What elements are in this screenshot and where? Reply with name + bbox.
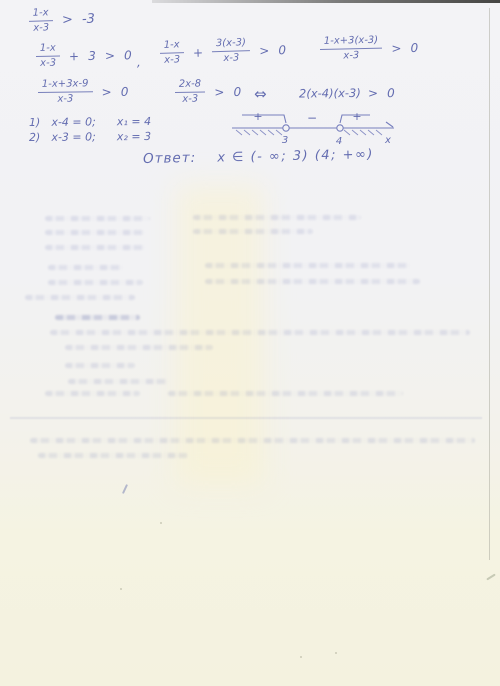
fraction-numerator: 3(x-3): [212, 38, 250, 52]
bleed-through-mark: [68, 379, 168, 384]
rhs-value: 0: [410, 40, 418, 54]
relation-sign: >: [368, 86, 378, 100]
math-step-expand: 1-x+3x-9 x-3 > 0: [36, 79, 131, 105]
sign-plus-right: +: [352, 110, 361, 123]
bleed-through-mark: [45, 230, 145, 235]
bleed-through-mark: [30, 438, 475, 443]
sign-plus-left: +: [253, 110, 262, 123]
bleed-through-mark: [25, 295, 135, 300]
paper-speck: [120, 588, 122, 590]
bleed-through-mark: [65, 363, 135, 368]
sign-minus-middle: −: [307, 111, 317, 125]
math-step-combined: 1-x+3(x-3) x-3 > 0: [318, 35, 421, 62]
rhs-value: -3: [82, 12, 95, 27]
open-point-3: [283, 125, 289, 131]
bleed-through-mark: [193, 215, 361, 220]
bleed-through-mark: [48, 280, 143, 285]
fraction-numerator: 1-x: [36, 44, 60, 57]
fraction-numerator: 1-x: [29, 8, 53, 22]
fraction: 1-x x-3: [160, 40, 185, 66]
fraction: 1-x x-3: [36, 44, 60, 69]
bleed-through-mark: [50, 330, 470, 335]
scanned-notebook-page: 1-x x-3 > -3 1-x x-3 + 3 > 0 , 1-x x-3 +…: [0, 0, 500, 686]
relation-sign: >: [105, 48, 115, 62]
fraction-numerator: 1-x: [160, 40, 184, 54]
bleed-through-mark: [45, 216, 150, 221]
answer-label: Ответ:: [143, 150, 196, 167]
paper-speck: [300, 656, 302, 658]
root-equation: x-3 = 0;: [51, 130, 96, 143]
bleed-through-mark: [38, 453, 188, 458]
bleed-through-mark: [193, 229, 313, 234]
math-step-add3: 1-x x-3 + 3 > 0 ,: [34, 42, 143, 69]
fraction-denominator: x-3: [160, 53, 184, 66]
sign-number-line: + − + 3 4 x: [228, 106, 400, 150]
fraction: 3(x-3) x-3: [212, 38, 251, 64]
root-item-2: 2) x-3 = 0; x₂ = 3: [29, 125, 151, 145]
rhs-value: 0: [278, 42, 286, 56]
bleed-through-line: [10, 417, 482, 419]
math-step-factored: 2(x-4)(x-3) > 0: [299, 82, 397, 102]
hatching-right: [344, 130, 382, 135]
fraction-denominator: x-3: [38, 92, 93, 105]
fraction: 1-x+3(x-3) x-3: [320, 36, 383, 62]
fraction-denominator: x-3: [320, 49, 383, 62]
bleed-through-mark: [168, 391, 403, 396]
relation-sign: >: [259, 43, 269, 57]
scan-top-edge: [152, 0, 500, 3]
double-arrow-icon: ⇔: [254, 85, 268, 103]
comma-mark: ,: [137, 55, 141, 69]
relation-sign: >: [391, 41, 401, 55]
fraction-numerator: 1-x+3(x-3): [320, 36, 383, 50]
axis-label-x: x: [384, 135, 391, 146]
root-solution: x₂ = 3: [117, 130, 151, 143]
math-step-problem: 1-x x-3 > -3: [27, 7, 98, 34]
factored-expression: 2(x-4)(x-3): [299, 86, 361, 101]
rhs-value: 0: [121, 84, 129, 98]
paper-speck: [160, 522, 162, 524]
open-point-4: [337, 125, 343, 131]
fraction-denominator: x-3: [175, 92, 205, 105]
pen-speck: [122, 484, 128, 494]
bleed-through-mark: [205, 279, 420, 284]
answer-line: Ответ: x ∈ (- ∞; 3) (4; +∞): [143, 143, 374, 167]
fraction: 1-x+3x-9 x-3: [38, 79, 93, 105]
relation-sign: >: [214, 85, 224, 99]
fraction-denominator: x-3: [29, 21, 53, 34]
rhs-value: 0: [387, 85, 395, 99]
fraction-numerator: 1-x+3x-9: [38, 79, 93, 93]
relation-sign: >: [102, 84, 112, 98]
paper-speck: [335, 652, 337, 654]
relation-sign: >: [62, 12, 73, 27]
answer-value: x ∈ (- ∞; 3) (4; +∞): [217, 147, 374, 165]
bleed-through-mark: [45, 391, 140, 396]
rhs-value: 0: [233, 84, 241, 98]
rhs-value: 0: [124, 48, 132, 62]
fraction-denominator: x-3: [36, 57, 60, 69]
bleed-through-mark: [45, 245, 145, 250]
math-step-common-denominator: 1-x x-3 + 3(x-3) x-3 > 0: [158, 37, 289, 66]
hatching-left: [236, 130, 282, 135]
pen-speck: [486, 574, 496, 581]
plus-sign: +: [69, 49, 79, 63]
bleed-through-mark: [205, 263, 410, 268]
equivalence-arrow: ⇔: [254, 84, 268, 103]
fraction-denominator: x-3: [212, 51, 250, 64]
plus-sign: +: [193, 45, 203, 59]
bleed-through-mark: [48, 265, 123, 270]
fraction: 2x-8 x-3: [175, 79, 206, 105]
addend: 3: [88, 48, 96, 62]
fraction: 1-x x-3: [29, 8, 54, 34]
bleed-through-mark: [55, 315, 140, 320]
left-plus-bracket: [242, 115, 286, 123]
root-index: 2): [29, 131, 40, 144]
fraction-numerator: 2x-8: [175, 79, 205, 93]
paper-edge-line: [489, 8, 490, 560]
bleed-through-mark: [65, 345, 213, 350]
axis-arrow: [386, 122, 393, 127]
math-step-simplified: 2x-8 x-3 > 0: [173, 79, 244, 105]
